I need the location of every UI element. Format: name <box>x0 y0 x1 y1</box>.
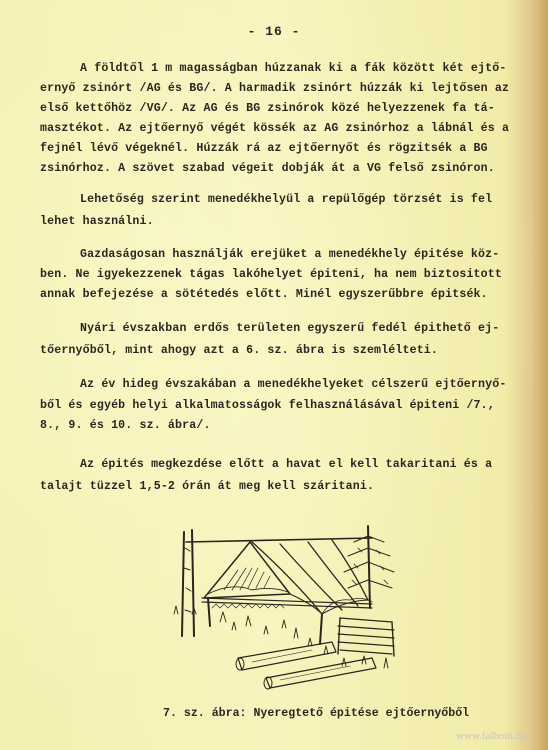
text-line: annak befejezése a sötétedés előtt. Miné… <box>40 288 488 301</box>
text-line: zsinórhoz. A szövet szabad végeit dobják… <box>40 162 495 175</box>
text-line: talajt tüzzel 1,5-2 órán át meg kell szá… <box>40 480 374 493</box>
text-line: tőernyőből, mint ahogy azt a 6. sz. ábra… <box>40 344 438 357</box>
text-line: Nyári évszakban erdős területen egyszerű… <box>80 322 499 335</box>
text-line: Lehetőség szerint menedékhelyül a repülő… <box>80 193 492 206</box>
figure-caption: 7. sz. ábra: Nyeregtető épitése ejtőerny… <box>163 707 469 720</box>
document-page: - 16 - A földtől 1 m magasságban húzzana… <box>0 0 548 750</box>
text-line: Az épités megkezdése előtt a havat el ke… <box>80 458 492 471</box>
text-line: ben. Ne igyekezzenek tágas lakóhelyet ép… <box>40 268 502 281</box>
text-line: lehet használni. <box>40 215 154 228</box>
text-line: Az év hideg évszakában a menedékhelyeket… <box>80 378 506 391</box>
text-line: Gazdaságosan használják erejüket a mened… <box>80 248 499 261</box>
watermark: www.falhout.hu <box>456 730 527 742</box>
page-number: - 16 - <box>0 24 548 39</box>
text-line: masztékot. Az ejtőernyő végét kössék az … <box>40 122 509 135</box>
text-line: 8., 9. és 10. sz. ábra/. <box>40 419 211 432</box>
text-line: első kettőhöz /VG/. Az AG és BG zsinórok… <box>40 102 495 115</box>
text-line: ernyő zsinórt /AG és BG/. A harmadik zsi… <box>40 82 509 95</box>
text-line: A földtől 1 m magasságban húzzanak ki a … <box>80 62 506 75</box>
text-line: fejnél lévő végeknél. Húzzák rá az ejtőe… <box>40 142 488 155</box>
parachute-shelter-sketch-icon <box>172 518 408 694</box>
text-line: ből és egyéb helyi alkalmatosságok felha… <box>40 399 495 412</box>
